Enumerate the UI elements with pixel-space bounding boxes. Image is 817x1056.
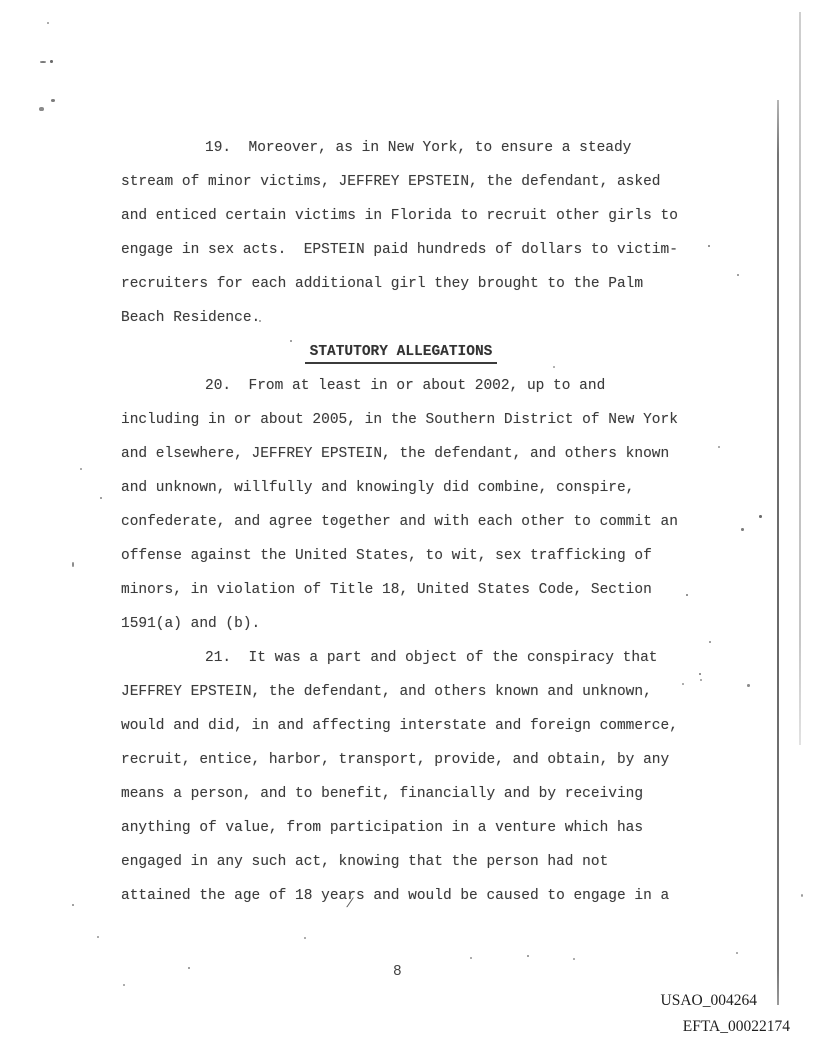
scan-speckle [51, 99, 55, 102]
document-text-line: recruiters for each additional girl they… [121, 275, 643, 294]
document-text-line: stream of minor victims, JEFFREY EPSTEIN… [121, 173, 661, 192]
scan-speckle [737, 274, 739, 276]
scan-speckle [686, 594, 688, 596]
scan-artifact-line-light [799, 12, 801, 745]
scan-artifact-line-dark [777, 100, 779, 1005]
bates-number-usao: USAO_004264 [661, 992, 757, 1010]
scan-speckle [237, 318, 239, 320]
scan-speckle [741, 528, 744, 531]
scan-speckle [700, 679, 702, 681]
scan-speckle [80, 468, 82, 470]
scan-speckle [47, 22, 49, 24]
scan-speckle [39, 107, 44, 111]
scan-speckle [188, 967, 190, 969]
bates-number-efta: EFTA_00022174 [683, 1018, 790, 1036]
document-text-line: recruit, entice, harbor, transport, prov… [121, 751, 669, 770]
scan-speckle [527, 955, 529, 957]
document-page: 19. Moreover, as in New York, to ensure … [0, 0, 817, 1056]
document-text-line: and enticed certain victims in Florida t… [121, 207, 678, 226]
document-text-line: confederate, and agree together and with… [121, 513, 678, 532]
scan-speckle [97, 936, 99, 938]
document-text-line: offense against the United States, to wi… [121, 547, 652, 566]
page-number: 8 [393, 964, 402, 980]
document-text-line: JEFFREY EPSTEIN, the defendant, and othe… [121, 683, 652, 702]
document-text-line: means a person, and to benefit, financia… [121, 785, 643, 804]
scan-speckle [573, 958, 575, 960]
scan-speckle [759, 515, 762, 518]
scan-speckle [747, 684, 750, 687]
scan-speckle [699, 673, 701, 675]
scan-speckle [553, 366, 555, 368]
scan-speckle [123, 984, 125, 986]
document-text-line: and unknown, willfully and knowingly did… [121, 479, 634, 498]
scan-speckle [100, 497, 102, 499]
scan-speckle [259, 320, 261, 322]
document-text-line: anything of value, from participation in… [121, 819, 643, 838]
document-text-line: including in or about 2005, in the South… [121, 411, 678, 430]
scan-speckle [718, 446, 720, 448]
document-text-line: attained the age of 18 years and would b… [121, 887, 669, 906]
scan-speckle [470, 957, 472, 959]
document-text-line: 1591(a) and (b). [121, 615, 260, 634]
document-text-line: minors, in violation of Title 18, United… [121, 581, 652, 600]
scan-speckle [682, 683, 684, 685]
scan-speckle [801, 894, 803, 897]
scan-speckle [72, 904, 74, 906]
scan-speckle [40, 61, 46, 63]
scan-speckle [72, 562, 74, 567]
document-text-line: engage in sex acts. EPSTEIN paid hundred… [121, 241, 678, 260]
scan-speckle [709, 641, 711, 643]
scan-speckle [736, 952, 738, 954]
document-text-line: Beach Residence. [121, 309, 260, 328]
document-text-line: 20. From at least in or about 2002, up t… [205, 377, 605, 396]
document-body: 19. Moreover, as in New York, to ensure … [0, 0, 817, 1056]
scan-speckle [290, 340, 292, 342]
scan-speckle [304, 937, 306, 939]
document-text-line: would and did, in and affecting intersta… [121, 717, 678, 736]
scan-speckle [333, 519, 335, 521]
scan-speckle [50, 60, 53, 63]
scan-speckle [708, 245, 710, 247]
document-text-line: and elsewhere, JEFFREY EPSTEIN, the defe… [121, 445, 669, 464]
document-text-line: 21. It was a part and object of the cons… [205, 649, 657, 668]
document-text-line: engaged in any such act, knowing that th… [121, 853, 608, 872]
document-text-line: 19. Moreover, as in New York, to ensure … [205, 139, 631, 158]
section-heading: STATUTORY ALLEGATIONS [121, 343, 681, 362]
